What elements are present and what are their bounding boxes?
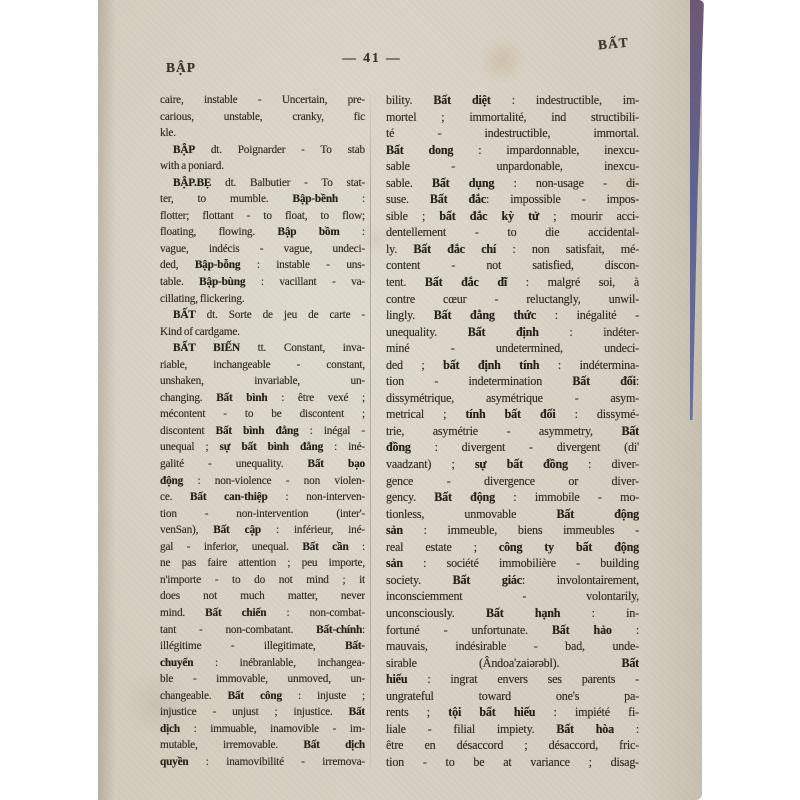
text-line: ble - immovable, unmoved, un- [160, 671, 365, 688]
text-line: fortuné - unfortunate. Bất hảo : [386, 622, 639, 639]
text-line: sable - unpardonable, inexcu- [386, 158, 639, 175]
text-line: dissymétrique, asymétrique - asym- [386, 390, 639, 407]
text-line: bility. Bất diệt : indestructible, im- [386, 92, 639, 109]
text-line: unshaken, invariable, un- [160, 373, 365, 390]
text-line: BẤT BIẾN tt. Constant, inva- [160, 340, 365, 357]
text-line: mind. Bất chiến : non-combat- [160, 605, 365, 622]
text-line: ly. Bất đắc chí : non satisfait, mé- [386, 241, 639, 258]
text-line: does not much matter, never [160, 588, 365, 605]
text-line: n'importe - to do not mind ; it [160, 572, 365, 589]
page-header-right-keyword: BẤT [597, 35, 629, 54]
text-line: ungrateful toward one's pa- [386, 688, 639, 705]
text-line: tant - non-combatant. Bất-chính: [160, 622, 365, 639]
text-line: content - not satisfied, discon- [386, 257, 639, 274]
text-line: cillating, flickering. [160, 291, 365, 308]
text-line: caire, instable - Uncertain, pre- [160, 92, 365, 109]
page-number: — 41 — [312, 50, 432, 66]
text-line: riable, inchangeable - constant, [160, 357, 365, 374]
text-line: BẤT dt. Sorte de jeu de carte - [160, 307, 365, 324]
text-line: miné - undetermined, undeci- [386, 340, 639, 357]
text-line: with a poniard. [160, 158, 365, 175]
text-line: contre cœur - reluctangly, unwil- [386, 291, 639, 308]
text-line: ter, to mumble. Bập-bềnh : [160, 191, 365, 208]
text-line: sable. Bất dụng : non-usage - di- [386, 175, 639, 192]
text-line: floating, flowing. Bập bồm : [160, 224, 365, 241]
text-line: mortel ; immortalité, ind structibili- [386, 109, 639, 126]
text-line: BẬP.BẸ dt. Balbutier - To stat- [160, 175, 365, 192]
book-edge-strip [690, 0, 704, 420]
text-line: discontent Bất bình đẳng : inégal - [160, 423, 365, 440]
text-line: tion - to be at variance ; disag- [386, 754, 639, 771]
text-line: hiếu : ingrat envers ses parents - [386, 671, 639, 688]
text-line: té - indestructible, immortal. [386, 125, 639, 142]
text-line: être en désaccord ; désaccord, fric- [386, 737, 639, 754]
text-line: tionless, unmovable Bất động [386, 506, 639, 523]
text-line: suse. Bất đắc: impossible - impos- [386, 191, 639, 208]
text-line: ne pas faire attention ; peu importe, [160, 555, 365, 572]
text-line: dịch : immuable, inamovible - im- [160, 721, 365, 738]
text-line: illégitime - illegitimate, Bất- [160, 638, 365, 655]
left-column: caire, instable - Uncertain, pre-carious… [160, 92, 365, 770]
text-line: sible ; bất đắc kỳ tử ; mourir acci- [386, 208, 639, 225]
text-line: quyền : inamovibilité - irremova- [160, 754, 365, 771]
text-line: đồng : divergent - divergent (di' [386, 439, 639, 456]
text-line: carious, unstable, cranky, fic [160, 109, 365, 126]
text-line: sản : société immobilière - building [386, 555, 639, 572]
text-line: chuyển : inébranlable, inchangea- [160, 655, 365, 672]
text-line: real estate ; công ty bất động [386, 539, 639, 556]
text-line: inconsciemment - volontarily, [386, 588, 639, 605]
text-line: flotter; flottant - to float, to flow; [160, 208, 365, 225]
text-line: injustice - unjust ; injustice. Bất [160, 704, 365, 721]
text-line: mauvais, indésirable - bad, unde- [386, 638, 639, 655]
text-line: metrical ; tính bất đối : dissymé- [386, 406, 639, 423]
text-line: mécontent - to be discontent ; [160, 406, 365, 423]
page-header-left-keyword: BẬP [166, 60, 196, 76]
column-divider-rule [370, 94, 371, 770]
text-line: dentellement - to die accidental- [386, 224, 639, 241]
text-line: society. Bất giác: involontairement, [386, 572, 639, 589]
text-line: tent. Bất đắc dĩ : malgré soi, à [386, 274, 639, 291]
text-line: sirable (Ândoa'zaiərəbl). Bất [386, 655, 639, 672]
right-column: bility. Bất diệt : indestructible, im-mo… [386, 92, 639, 770]
text-line: changeable. Bất công : injuste ; [160, 688, 365, 705]
text-line: table. Bập-bùng : vacillant - va- [160, 274, 365, 291]
text-line: kle. [160, 125, 365, 142]
text-line: BẬP dt. Poignarder - To stab [160, 142, 365, 159]
text-line: vague, indécis - vague, undeci- [160, 241, 365, 258]
text-line: sản : immeuble, biens immeubles - [386, 522, 639, 539]
text-line: gency. Bất động : immobile - mo- [386, 489, 639, 506]
text-line: trie, asymétrie - asymmetry, Bất [386, 423, 639, 440]
text-line: lingly. Bất đẳng thức : inégalité - [386, 307, 639, 324]
text-line: changing. Bất bình : être vexé ; [160, 390, 365, 407]
text-line: vaadzant) ; sự bất đồng : diver- [386, 456, 639, 473]
text-line: Bất dong : impardonnable, inexcu- [386, 142, 639, 159]
text-line: gal - inferior, unequal. Bất cần : [160, 539, 365, 556]
text-line: unequal ; sự bất bình đẳng : iné- [160, 439, 365, 456]
text-line: ce. Bất can-thiệp : non-interven- [160, 489, 365, 506]
text-line: venSan), Bất cập : inférieur, iné- [160, 522, 365, 539]
text-line: unequality. Bất định : indéter- [386, 324, 639, 341]
text-line: galité - unequality. Bất bạo [160, 456, 365, 473]
text-line: liale - filial impiety. Bất hòa : [386, 721, 639, 738]
text-line: gence - divergence or diver- [386, 473, 639, 490]
text-line: tion - indetermination Bất đối: [386, 373, 639, 390]
text-line: động : non-violence - non violen- [160, 473, 365, 490]
text-line: mutable, irremovable. Bất dịch [160, 737, 365, 754]
text-line: unconsciously. Bất hạnh : in- [386, 605, 639, 622]
text-line: rents ; tội bất hiếu : impiété fi- [386, 704, 639, 721]
text-line: tion - non-intervention (inter'- [160, 506, 365, 523]
book-page-photo: BẬP — 41 — BẤT caire, instable - Uncerta… [98, 0, 702, 800]
text-line: ded, Bập-bỗng : instable - uns- [160, 257, 365, 274]
text-line: ded ; bất định tính : indétermina- [386, 357, 639, 374]
text-line: Kind of cardgame. [160, 324, 365, 341]
